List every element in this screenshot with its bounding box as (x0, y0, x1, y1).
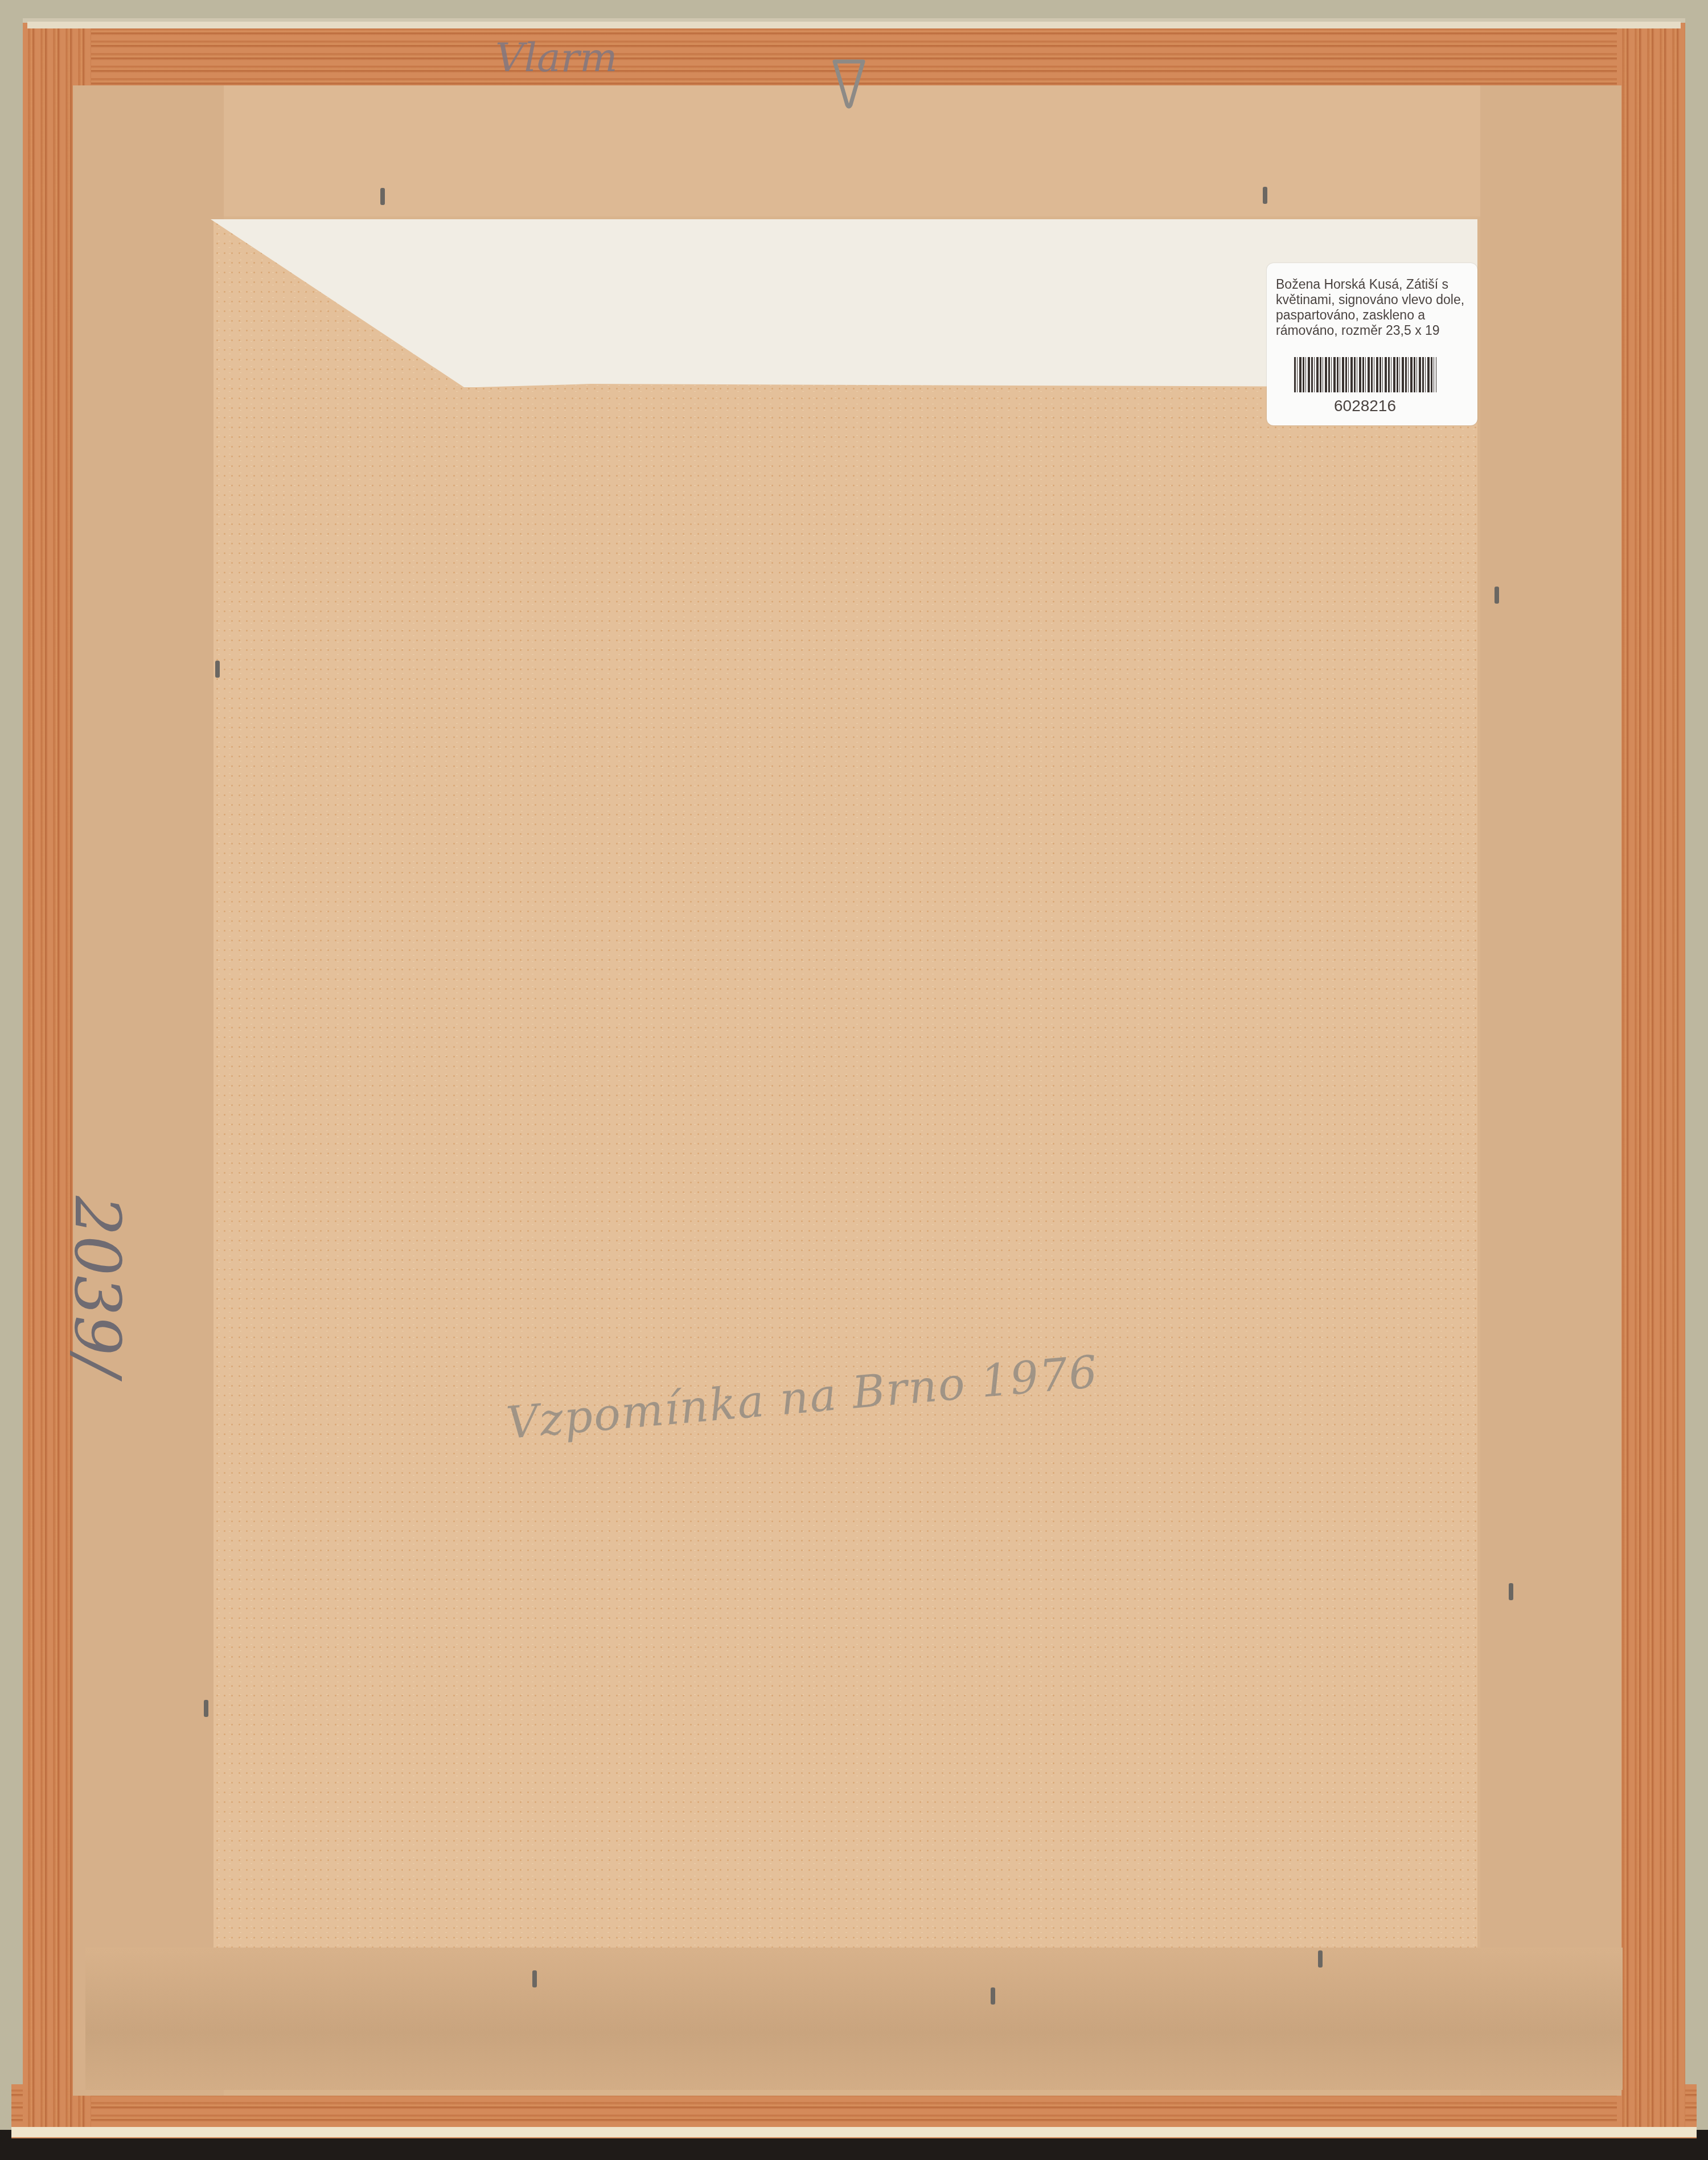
staple-icon (1494, 587, 1499, 604)
staple-icon (1263, 187, 1267, 204)
inventory-number: 2039/ (61, 1196, 134, 1376)
staple-icon (1318, 1950, 1323, 1968)
tape-strip-bottom (85, 1948, 1623, 2090)
barcode-number: 6028216 (1267, 397, 1477, 415)
paint-edge-top (27, 22, 1681, 28)
staple-icon (204, 1700, 208, 1717)
sawtooth-hanger-icon (831, 57, 867, 109)
tape-strip-top (91, 85, 1549, 216)
staple-icon (532, 1970, 537, 1987)
label-description: Božena Horská Kusá, Zátiší s květinami, … (1276, 277, 1469, 338)
frame-pencil-scribble: Vlarm (495, 34, 618, 81)
staple-icon (380, 188, 385, 205)
tape-strip-right (1480, 85, 1621, 2096)
barcode-icon (1294, 357, 1436, 392)
backboard (213, 219, 1477, 1950)
paint-edge-bottom (11, 2127, 1697, 2137)
staple-icon (215, 661, 220, 678)
catalogue-label: Božena Horská Kusá, Zátiší s květinami, … (1267, 263, 1477, 425)
frame-rail-right (1617, 23, 1685, 2130)
staple-icon (1509, 1583, 1513, 1600)
tape-strip-left (73, 85, 224, 2096)
staple-icon (991, 1987, 995, 2005)
